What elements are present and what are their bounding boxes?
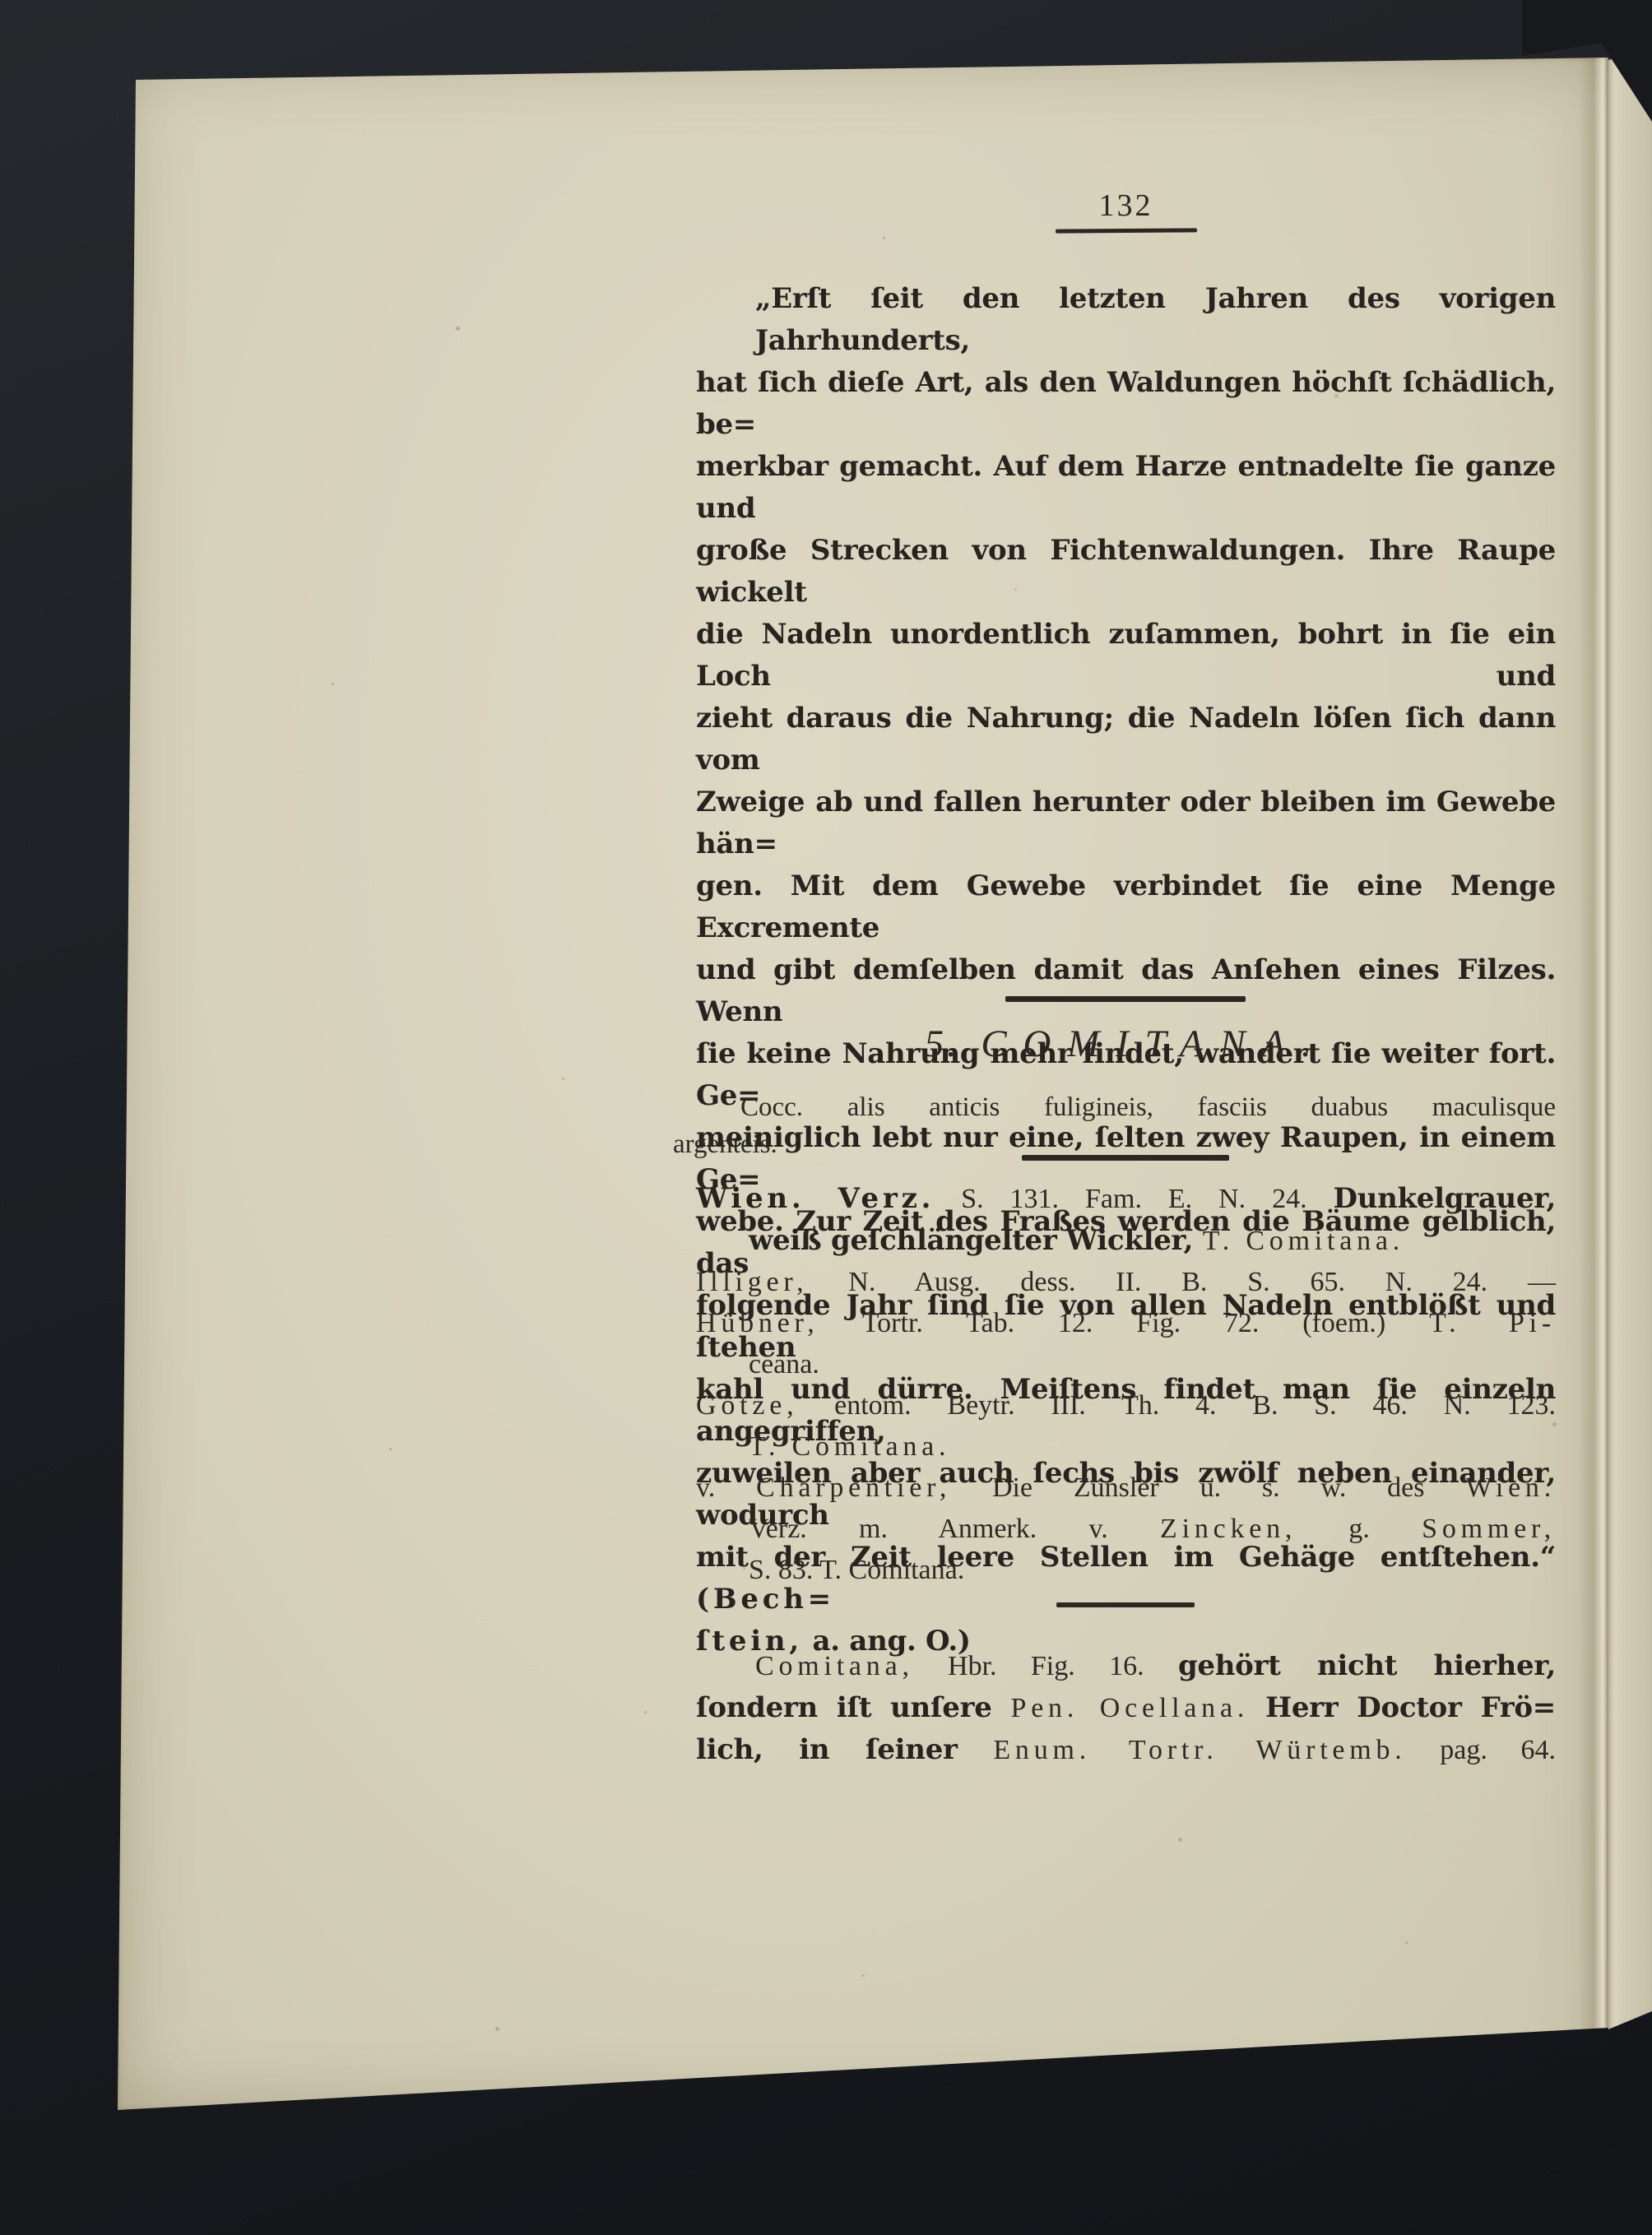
text-segment: „Erſt ſeit den letzten Jahren des vorige…	[755, 282, 1556, 357]
text-segment: Tortr. Tab. 12. Fig. 72. (foem.)	[819, 1308, 1429, 1338]
quote-line: und gibt demſelben damit das Anſehen ein…	[696, 949, 1556, 1033]
reference-line: Verz. m. Anmerk. v. Zincken, g. Sommer,	[696, 1509, 1556, 1550]
note-paragraph: Comitana, Hbr. Fig. 16. gehört nicht hie…	[696, 1645, 1556, 1771]
divider-rule-middle	[1022, 1155, 1229, 1161]
divider-rule-bottom	[1056, 1602, 1195, 1607]
reference-line: Wien. Verz. S. 131. Fam. E. N. 24. Dunke…	[696, 1178, 1556, 1220]
text-segment: entom. Beytr. III. Th. 4. B. S. 46. N. 1…	[798, 1390, 1556, 1421]
text-segment: N. Ausg. dess. II. B. S. 65. N. 24. —	[808, 1267, 1556, 1297]
text-segment: ſondern iſt unſere	[696, 1691, 1011, 1724]
text-segment: Charpentier,	[756, 1472, 951, 1503]
book-page: 132 „Erſt ſeit den letzten Jahren des vo…	[118, 58, 1608, 2110]
quote-line: gen. Mit dem Gewebe verbindet ſie eine M…	[696, 865, 1556, 949]
text-segment: Götze,	[696, 1390, 798, 1421]
divider-rule-top	[1005, 996, 1246, 1002]
text-segment: Illiger,	[696, 1267, 808, 1297]
text-segment: T. Comitana.	[1203, 1226, 1404, 1256]
note-line: ſondern iſt unſere Pen. Ocellana. Herr D…	[696, 1687, 1556, 1729]
reference-line: Hübner, Tortr. Tab. 12. Fig. 72. (foem.)…	[696, 1303, 1556, 1344]
text-segment: und gibt demſelben damit das Anſehen ein…	[696, 953, 1556, 1028]
species-heading: 5.COMITANA.	[696, 1022, 1556, 1066]
reference-line: v. Charpentier, Die Zünsler u. s. w. des…	[696, 1468, 1556, 1509]
text-segment: ceana.	[749, 1349, 819, 1379]
text-segment: Comitana,	[755, 1651, 914, 1681]
text-segment: S. 83. T. Comitana.	[749, 1555, 964, 1585]
text-segment: weiß geſchlängelter Wickler,	[749, 1224, 1203, 1257]
page-number-rule	[1055, 228, 1196, 233]
text-segment: große Strecken von Fichtenwaldungen. Ihr…	[696, 534, 1556, 609]
text-segment: g.	[1297, 1514, 1422, 1544]
text-segment: Wien. Verz.	[696, 1182, 935, 1215]
text-segment: Enum. Tortr. Würtemb.	[993, 1735, 1406, 1765]
paper-specks	[118, 58, 120, 60]
text-segment: Herr Doctor Frö=	[1265, 1691, 1556, 1724]
latin-diagnosis: Cocc. alis anticis fuligineis, fasciis d…	[696, 1089, 1556, 1163]
text-segment: T. Comitana.	[749, 1431, 950, 1462]
text-segment: gehört nicht hierher,	[1178, 1649, 1556, 1682]
quote-line: zieht daraus die Nahrung; die Nadeln löſ…	[696, 698, 1556, 781]
reference-line: Götze, entom. Beytr. III. Th. 4. B. S. 4…	[696, 1385, 1556, 1426]
quote-line: die Nadeln unordentlich zuſammen, bohrt …	[696, 614, 1556, 698]
quote-line: Zweige ab und fallen herunter oder bleib…	[696, 781, 1556, 865]
quote-line: große Strecken von Fichtenwaldungen. Ihr…	[696, 530, 1556, 614]
text-segment: Hbr. Fig. 16.	[914, 1651, 1178, 1681]
text-segment: v.	[696, 1472, 756, 1503]
references-list: Wien. Verz. S. 131. Fam. E. N. 24. Dunke…	[696, 1178, 1556, 1591]
quote-line: merkbar gemacht. Auf dem Harze entnadelt…	[696, 446, 1556, 530]
text-segment: pag. 64.	[1407, 1735, 1556, 1765]
text-segment: Hübner,	[696, 1308, 819, 1338]
reference-line: T. Comitana.	[696, 1426, 1556, 1468]
text-segment: merkbar gemacht. Auf dem Harze entnadelt…	[696, 450, 1556, 525]
text-segment: Sommer,	[1422, 1514, 1556, 1544]
species-number: 5.	[925, 1022, 960, 1065]
text-segment: Pen. Ocellana.	[1011, 1693, 1250, 1723]
text-segment: Verz. m. Anmerk. v.	[749, 1514, 1160, 1544]
fore-edge-pages	[1608, 45, 1652, 2032]
page-header: 132	[696, 188, 1556, 233]
text-segment: argenteis.	[673, 1129, 777, 1159]
text-segment: S. 131. Fam. E. N. 24.	[935, 1184, 1333, 1214]
quote-line: „Erſt ſeit den letzten Jahren des vorige…	[696, 278, 1556, 362]
reference-line: S. 83. T. Comitana.	[696, 1550, 1556, 1591]
latin-line: Cocc. alis anticis fuligineis, fasciis d…	[696, 1089, 1556, 1126]
text-segment: die Nadeln unordentlich zuſammen, bohrt …	[696, 618, 1556, 693]
text-segment: Zincken,	[1160, 1514, 1297, 1544]
text-segment	[1249, 1693, 1265, 1723]
scanned-book-photo: 132 „Erſt ſeit den letzten Jahren des vo…	[0, 0, 1652, 2235]
text-segment: Zweige ab und fallen herunter oder bleib…	[696, 786, 1556, 860]
note-line: Comitana, Hbr. Fig. 16. gehört nicht hie…	[696, 1645, 1556, 1687]
text-segment: Cocc. alis anticis fuligineis, fasciis d…	[740, 1092, 1556, 1122]
note-line: lich, in ſeiner Enum. Tortr. Würtemb. pa…	[696, 1729, 1556, 1771]
page-number: 132	[696, 188, 1556, 224]
reference-line: Illiger, N. Ausg. dess. II. B. S. 65. N.…	[696, 1262, 1556, 1303]
text-segment: Dunkelgrauer,	[1334, 1182, 1556, 1215]
text-segment: gen. Mit dem Gewebe verbindet ſie eine M…	[696, 869, 1556, 944]
text-segment: zieht daraus die Nahrung; die Nadeln löſ…	[696, 702, 1556, 777]
reference-line: weiß geſchlängelter Wickler, T. Comitana…	[696, 1220, 1556, 1262]
text-segment: T. Pi-	[1429, 1308, 1556, 1338]
reference-line: ceana.	[696, 1344, 1556, 1385]
species-name: COMITANA.	[981, 1022, 1327, 1065]
text-segment: Die Zünsler u. s. w. des	[951, 1472, 1465, 1503]
quote-line: hat ſich dieſe Art, als den Waldungen hö…	[696, 362, 1556, 446]
text-segment: hat ſich dieſe Art, als den Waldungen hö…	[696, 366, 1556, 441]
text-segment: lich, in ſeiner	[696, 1733, 993, 1766]
text-segment: Wien.	[1465, 1472, 1556, 1503]
